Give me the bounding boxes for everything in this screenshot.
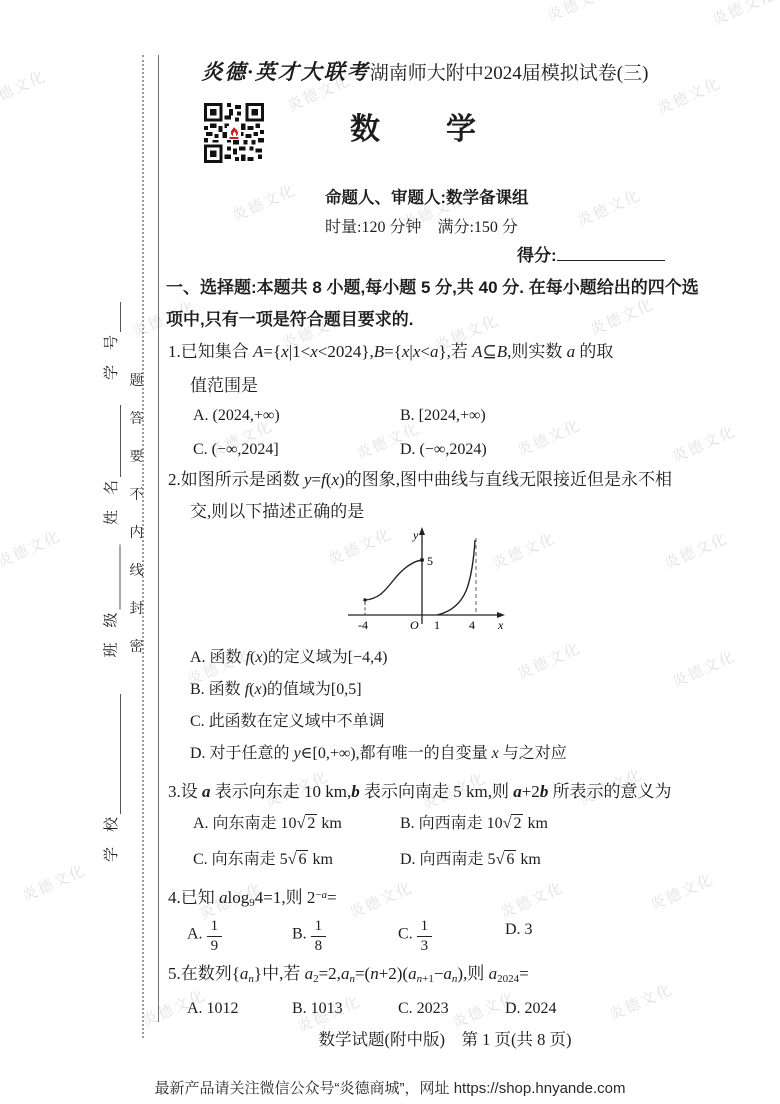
student-id-blank-line — [105, 302, 121, 332]
curve-left-branch — [365, 560, 422, 600]
paper-title-rest: 湖南师大附中2024届模拟试卷(三) — [370, 63, 649, 84]
watermark-text: 炎德文化 — [0, 65, 49, 112]
watermark-text: 炎德文化 — [661, 527, 732, 574]
origin-label: O — [410, 618, 419, 632]
watermark-text: 炎德文化 — [229, 179, 300, 226]
question-4-option-b: B. 18 — [292, 918, 326, 954]
student-id-field: 学 号 — [99, 290, 121, 380]
question-2-option-b: B. 函数 f(x)的值域为[0,5] — [190, 678, 362, 701]
question-5-option-d: D. 2024 — [505, 997, 557, 1020]
question-1-stem-line1: 1.已知集合 A={x|1<x<2024},B={x|x<a},若 A⊆B,则实… — [168, 340, 613, 363]
student-id-label: 学 号 — [100, 335, 121, 380]
question-2-stem-line1: 2.如图所示是函数 y=f(x)的图象,图中曲线与直线无限接近但是永不相 — [168, 468, 672, 491]
class-field: 班 级 — [99, 533, 121, 658]
school-label: 学 校 — [100, 817, 121, 862]
watermark-text: 炎德文化 — [497, 876, 568, 923]
question-4-stem: 4.已知 alog94=1,则 2−a= — [168, 884, 337, 915]
question-3-option-b: B. 向西南走 10√2 km — [400, 812, 548, 835]
question-3-option-d: D. 向西南走 5√6 km — [400, 848, 541, 871]
watermark-text: 炎德文化 — [514, 637, 585, 684]
qr-code — [204, 103, 264, 163]
watermark-text: 炎德文化 — [669, 645, 740, 692]
class-blank-line — [105, 544, 121, 609]
student-name-blank-line — [105, 405, 121, 477]
seal-solid-line — [158, 55, 159, 1022]
setter-line: 命题人、审题人:数学备课组 — [325, 184, 529, 208]
seal-dotted-line — [142, 55, 144, 1038]
seal-line-char: 线 — [128, 560, 145, 580]
subject-title: 数 学 — [350, 104, 478, 148]
score-box: 得分: — [517, 241, 665, 266]
paper-title: 炎德·英才大联考湖南师大附中2024届模拟试卷(三) — [175, 56, 675, 86]
seal-line-char: 内 — [128, 522, 145, 542]
seal-line-char: 要 — [128, 446, 145, 466]
watermark-text: 炎德文化 — [514, 414, 585, 461]
curve-right-branch — [437, 540, 475, 615]
seal-line-char: 密 — [128, 636, 145, 656]
question-1-option-c: C. (−∞,2024] — [193, 438, 279, 461]
question-5-stem: 5.在数列{an}中,若 a2=2,an=(n+2)(an+1−an),则 a2… — [168, 962, 529, 991]
question-3-option-c: C. 向东南走 5√6 km — [193, 848, 333, 871]
question-1-option-d: D. (−∞,2024) — [400, 438, 487, 461]
score-label: 得分: — [517, 246, 557, 265]
x-min-tick-label: -4 — [358, 618, 368, 632]
question-1-stem-line2: 值范围是 — [190, 374, 258, 397]
function-graph: y 5 -4 O 1 4 x — [338, 526, 508, 640]
watermark-text: 炎德文化 — [544, 0, 615, 26]
question-5-option-b: B. 1013 — [292, 997, 343, 1020]
y-max-tick-label: 5 — [427, 554, 433, 568]
watermark-text: 炎德文化 — [709, 0, 780, 30]
seal-line-char: 不 — [128, 484, 145, 504]
watermark-text: 炎德文化 — [346, 876, 417, 923]
question-2-option-c: C. 此函数在定义域中不单调 — [190, 710, 385, 733]
publisher-note: 最新产品请关注微信公众号“炎德商城”，网址 https://shop.hnyan… — [0, 1077, 780, 1098]
x-asymptote-tick-label: 4 — [469, 618, 475, 632]
y-axis-label: y — [412, 528, 419, 542]
time-limit-line: 时量:120 分钟 满分:150 分 — [325, 214, 518, 237]
watermark-text: 炎德文化 — [647, 868, 718, 915]
question-5-option-a: A. 1012 — [187, 997, 239, 1020]
question-5-option-c: C. 2023 — [398, 997, 449, 1020]
question-4-option-a: A. 19 — [187, 918, 222, 954]
x-axis-label: x — [497, 618, 504, 632]
question-2-option-a: A. 函数 f(x)的定义域为[−4,4) — [190, 646, 387, 669]
watermark-text: 炎德文化 — [19, 859, 90, 906]
question-4-option-c: C. 13 — [398, 918, 432, 954]
seal-line-char: 答 — [128, 408, 145, 428]
score-blank-line — [557, 244, 665, 261]
school-field: 学 校 — [99, 680, 121, 862]
page-footer: 数学试题(附中版) 第 1 页(共 8 页) — [140, 1026, 750, 1050]
student-name-field: 姓 名 — [99, 393, 121, 525]
question-3-option-a: A. 向东南走 10√2 km — [193, 812, 342, 835]
question-1-option-a: A. (2024,+∞) — [193, 404, 280, 427]
class-label: 班 级 — [100, 612, 121, 657]
question-2-stem-line2: 交,则以下描述正确的是 — [190, 500, 364, 523]
student-name-label: 姓 名 — [100, 480, 121, 525]
school-blank-line — [105, 694, 121, 814]
question-4-option-d: D. 3 — [505, 918, 533, 941]
watermark-text: 炎德文化 — [574, 184, 645, 231]
watermark-text: 炎德文化 — [587, 293, 658, 340]
section-heading-line2: 项中,只有一项是符合题目要求的. — [166, 308, 413, 331]
section-heading-line1: 一、选择题:本题共 8 小题,每小题 5 分,共 40 分. 在每小题给出的四个… — [166, 276, 699, 299]
seal-line-char: 封 — [128, 598, 145, 618]
seal-line-char: 题 — [128, 370, 145, 390]
watermark-text: 炎德文化 — [606, 978, 677, 1025]
paper-title-brand: 炎德·英才大联考 — [202, 60, 370, 84]
question-2-option-d: D. 对于任意的 y∈[0,+∞),都有唯一的自变量 x 与之对应 — [190, 742, 567, 765]
x-inner-tick-label: 1 — [434, 618, 440, 632]
y-axis-arrow — [419, 527, 425, 535]
question-1-option-b: B. [2024,+∞) — [400, 404, 486, 427]
exam-paper-page: 炎德文化炎德文化炎德文化炎德文化炎德文化炎德文化炎德文化炎德文化炎德文化炎德文化… — [0, 0, 780, 1104]
watermark-text: 炎德文化 — [669, 420, 740, 467]
question-3-stem: 3.设 a 表示向东走 10 km,b 表示向南走 5 km,则 a+2b 所表… — [168, 780, 672, 803]
watermark-text: 炎德文化 — [0, 525, 64, 572]
